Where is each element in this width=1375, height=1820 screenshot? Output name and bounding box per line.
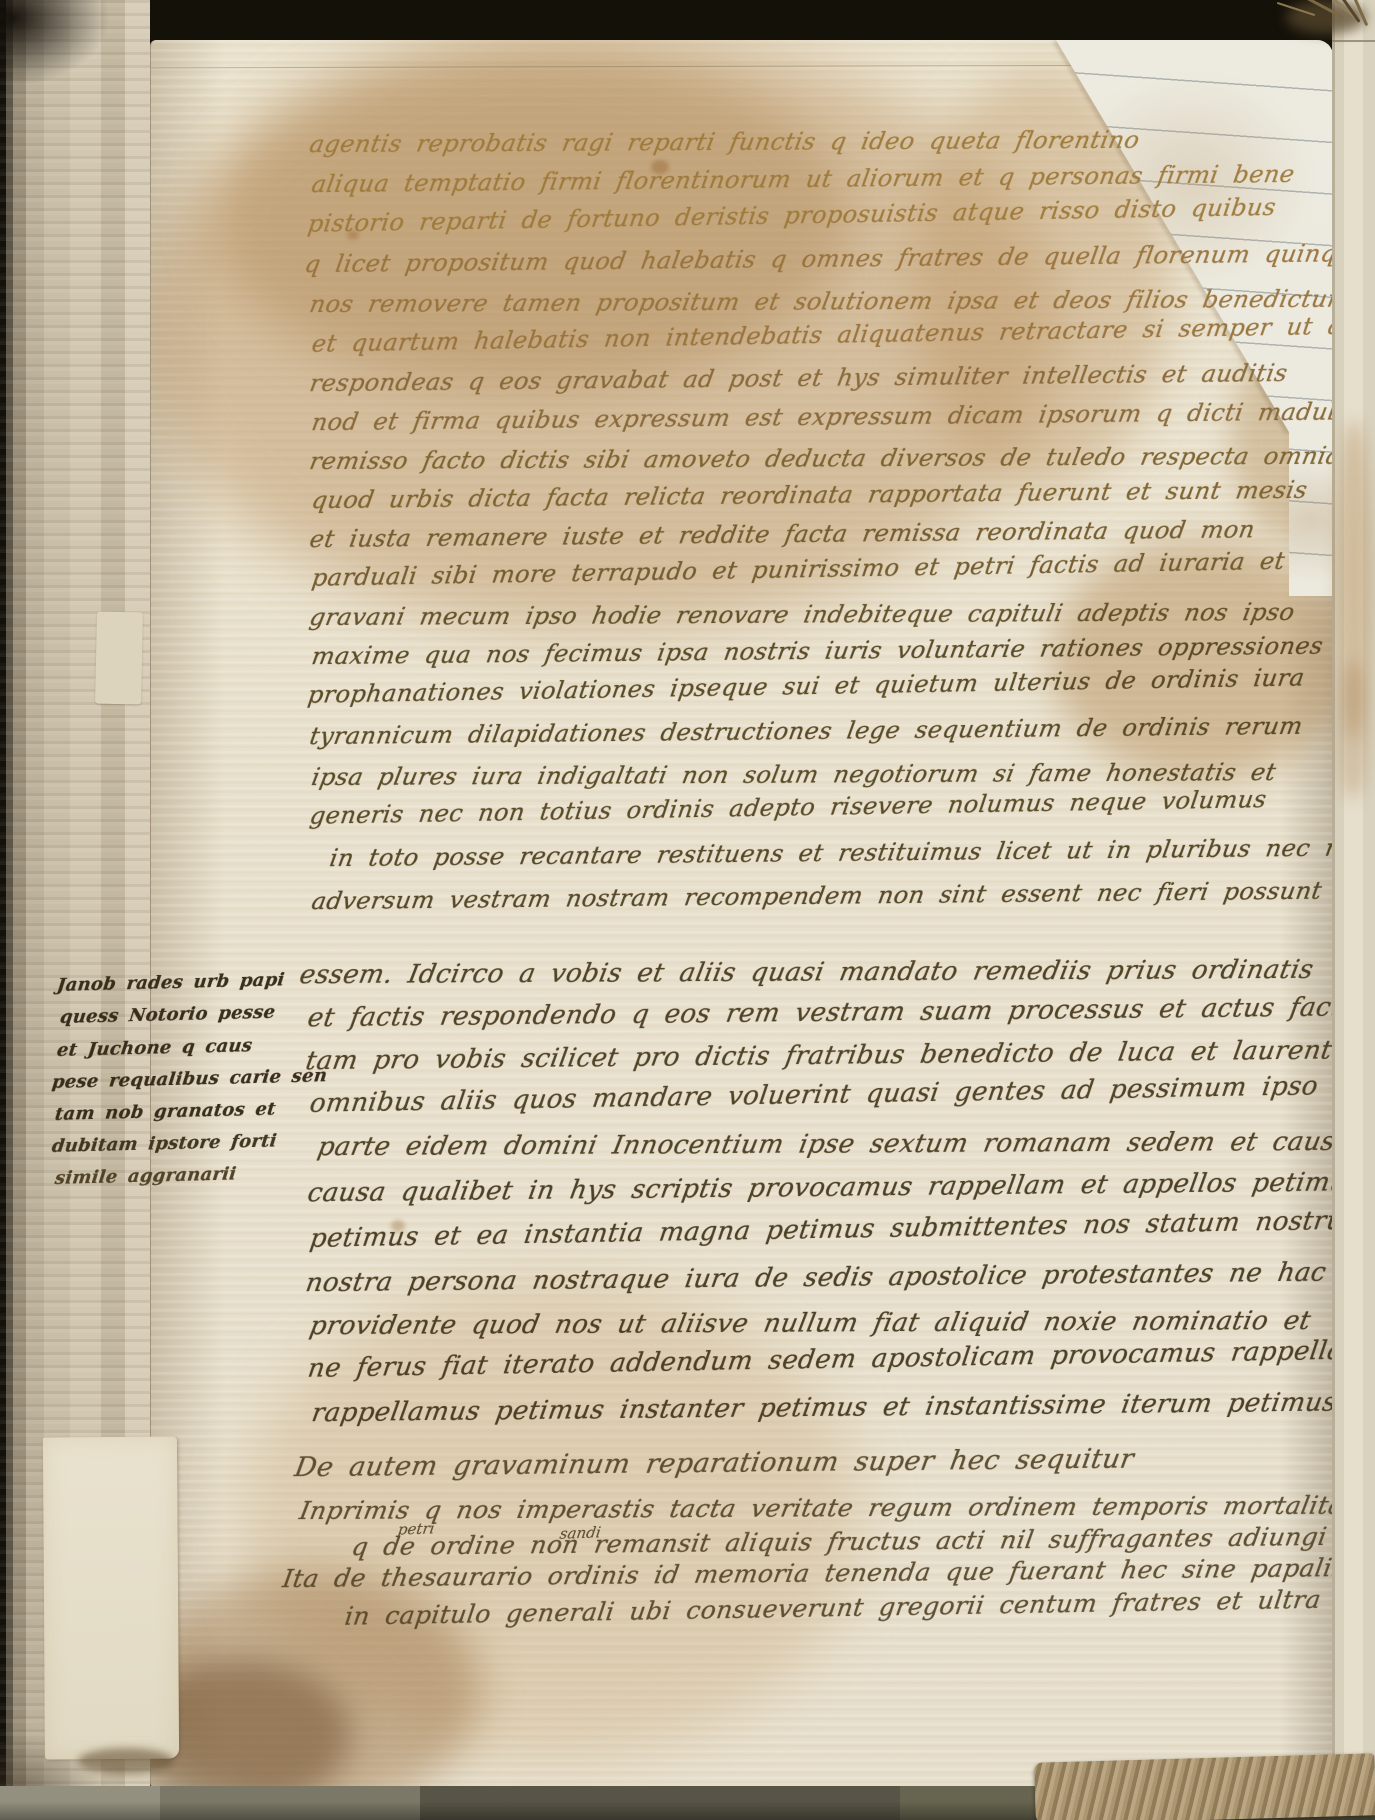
margin-note-line: quess Notorio pesse — [59, 1002, 277, 1028]
manuscript-text-line: De autem gravaminum reparationum super h… — [292, 1443, 1136, 1483]
interlinear-word: sandi — [559, 1523, 602, 1542]
manuscript-text-line: generis nec non totius ordinis adepto ri… — [308, 785, 1268, 830]
manuscript-text-line: prophanationes violationes ipseque sui e… — [306, 664, 1306, 709]
manuscript-text-line: petimus et ea instantia magna petimus su… — [308, 1206, 1332, 1254]
manuscript-text-line: et factis respondendo q eos rem vestram … — [306, 990, 1332, 1033]
margin-note-line: et Juchone q caus — [56, 1035, 254, 1061]
manuscript-text-line: in toto posse recantare restituens et re… — [328, 832, 1332, 872]
manuscript-text-line: causa qualibet in hys scriptis provocamu… — [306, 1166, 1332, 1208]
manuscript-text-line: pistorio reparti de fortuno deristis pro… — [306, 193, 1278, 238]
manuscript-text-line: adversum vestram nostram recompendem non… — [310, 876, 1325, 915]
manuscript-text-line: ne ferus fiat iterato addendum sedem apo… — [306, 1336, 1332, 1384]
manuscript-text-line: aliqua temptatio firmi florentinorum ut … — [310, 160, 1297, 198]
manuscript-text-line: respondeas q eos gravabat ad post et hys… — [308, 359, 1290, 397]
manuscript-text-line: gravani mecum ipso hodie renovare indebi… — [307, 598, 1297, 631]
margin-note-line: Janob rades urb papi — [56, 969, 286, 996]
manuscript-text-line: et quartum halebatis non intendebatis al… — [310, 311, 1332, 358]
manuscript-text-line: rappellamus petimus instanter petimus et… — [310, 1387, 1332, 1428]
manuscript-text-line: quod urbis dicta facta relicta reordinat… — [310, 476, 1310, 514]
manuscript-text-line: parte eidem domini Innocentium ipse sext… — [315, 1126, 1332, 1162]
manuscript-scan: agentis reprobatis ragi reparti functis … — [0, 0, 1375, 1820]
manuscript-text-line: Inprimis q nos imperastis tacta veritate… — [297, 1490, 1332, 1525]
manuscript-text-line: nostra persona nostraque iura de sedis a… — [304, 1256, 1332, 1298]
stain — [1338, 660, 1368, 800]
manuscript-text-line: omnibus aliis quos mandare voluerint qua… — [308, 1071, 1320, 1119]
manuscript-text-line: tyrannicum dilapidationes destructiones … — [308, 712, 1305, 750]
manuscript-text-line: providente quod nos ut aliisve nullum fi… — [307, 1306, 1313, 1341]
interlinear-word: petri — [397, 1519, 436, 1538]
manuscript-text-line: et iusta remanere iuste et reddite facta… — [308, 515, 1258, 553]
margin-note-line: dubitam ipstore forti — [51, 1131, 278, 1157]
manuscript-text-line: nos removere tamen propositum et solutio… — [307, 285, 1332, 318]
manuscript-text-line: parduali sibi more terrapudo et puniriss… — [310, 547, 1287, 592]
manuscript-text-line: maxime qua nos fecimus ipsa nostris iuri… — [310, 631, 1326, 670]
margin-note-line: simile aggranarii — [54, 1164, 238, 1189]
margin-note-line: tam nob granatos et — [54, 1099, 277, 1125]
manuscript-text-line: tam pro vobis scilicet pro dictis fratri… — [304, 1033, 1332, 1076]
margin-note-line: pese requalibus carie sen — [51, 1065, 329, 1093]
manuscript-text-line: nod et firma quibus expressum est expres… — [310, 397, 1332, 436]
manuscript-text-line: essem. Idcirco a vobis et aliis quasi ma… — [297, 955, 1316, 990]
manuscript-text-line: agentis reprobatis ragi reparti functis … — [307, 126, 1142, 158]
manuscript-text-line: q licet propositum quod halebatis q omne… — [303, 239, 1332, 278]
handwriting-layer: agentis reprobatis ragi reparti functis … — [0, 0, 1332, 1820]
manuscript-text-line: remisso facto dictis sibi amoveto deduct… — [307, 442, 1332, 475]
manuscript-text-line: ipsa plures iura indigaltati non solum n… — [309, 758, 1278, 791]
fore-edge-pages — [1332, 0, 1375, 1820]
